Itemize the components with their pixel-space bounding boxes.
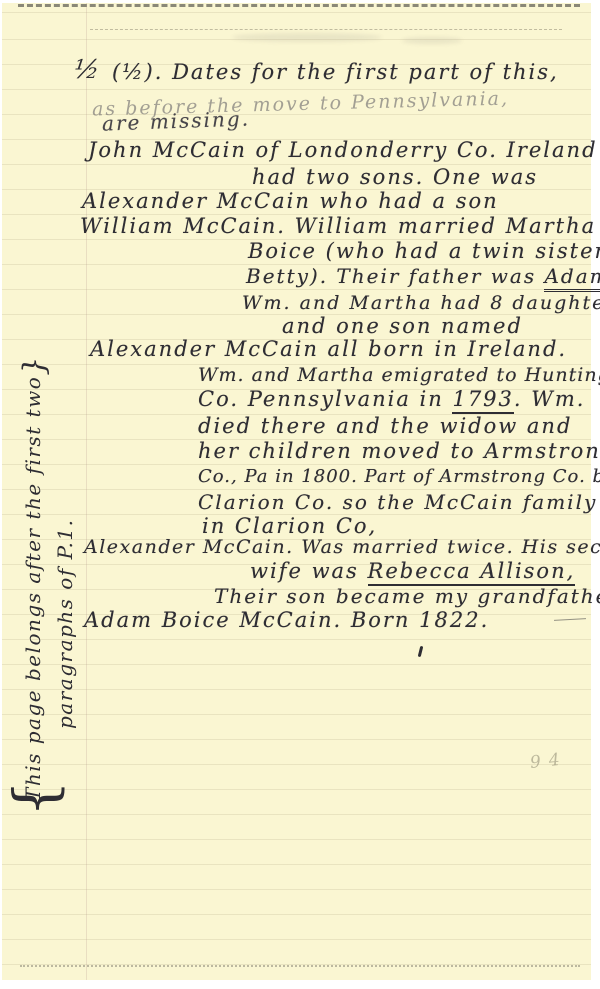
- handwritten-line: her children moved to Armstrong: [198, 438, 600, 464]
- handwritten-line: Betty). Their father was Adam Boice: [246, 263, 600, 289]
- handwritten-line: died there and the widow and: [198, 413, 572, 439]
- photocopy-smudge: [402, 37, 462, 44]
- handwritten-line: Alexander McCain. Was married twice. His…: [84, 534, 600, 560]
- margin-note-line: paragraphs of P.1.: [50, 201, 80, 729]
- handwritten-line: Their son became my grandfather: [214, 583, 600, 609]
- ink-speck: [418, 646, 424, 657]
- page-number-fraction: ½: [72, 55, 101, 85]
- taped-page-edge: [90, 29, 562, 30]
- scan-edge-artifact: [18, 4, 580, 7]
- handwritten-line: had two sons. One was: [252, 164, 538, 190]
- underlined-name: Rebecca Allison,: [368, 559, 576, 586]
- handwritten-line: are missing.: [102, 105, 251, 136]
- pen-flourish: [554, 618, 586, 621]
- handwritten-line: Boice (who had a twin sister: [248, 238, 600, 264]
- margin-note: { This page belongs after the first two}…: [18, 201, 80, 801]
- scan-edge-artifact: [20, 965, 580, 967]
- handwritten-line: Wm. and Martha emigrated to Huntingdon: [198, 362, 600, 388]
- margin-note-line: This page belongs after the first two}: [18, 201, 50, 801]
- margin-note-close-brace: }: [17, 355, 52, 376]
- handwritten-line: Co. Pennsylvania in 1793. Wm.: [198, 386, 585, 412]
- handwritten-line: William McCain. William married Martha: [80, 213, 596, 239]
- scanned-notebook-page: ½ { This page belongs after the first tw…: [2, 3, 591, 980]
- handwritten-line: Clarion Co. so the McCain family was: [198, 489, 600, 515]
- photocopy-smudge: [232, 33, 382, 42]
- handwritten-line: Co., Pa in 1800. Part of Armstrong Co. b…: [198, 464, 600, 490]
- underlined-name: Adam Boice: [544, 264, 600, 292]
- handwritten-line: wife was Rebecca Allison,: [250, 558, 575, 584]
- handwritten-line: Adam Boice McCain. Born 1822.: [84, 607, 489, 633]
- margin-note-open-brace: {: [20, 779, 50, 817]
- underlined-year: 1793: [452, 387, 513, 414]
- margin-note-text: This page belongs after the first two: [21, 376, 45, 801]
- handwritten-line: John McCain of Londonderry Co. Ireland: [88, 137, 598, 163]
- handwritten-line: Alexander McCain who had a son: [82, 188, 499, 214]
- handwritten-line: Alexander McCain all born in Ireland.: [90, 336, 567, 362]
- handwritten-line: (½). Dates for the first part of this,: [112, 59, 559, 85]
- line-text: . Wm.: [514, 387, 586, 411]
- line-text: Betty). Their father was: [246, 264, 544, 288]
- line-text: Co. Pennsylvania in: [198, 387, 452, 411]
- line-text: wife was: [250, 559, 368, 583]
- faint-page-number: 94: [529, 749, 569, 773]
